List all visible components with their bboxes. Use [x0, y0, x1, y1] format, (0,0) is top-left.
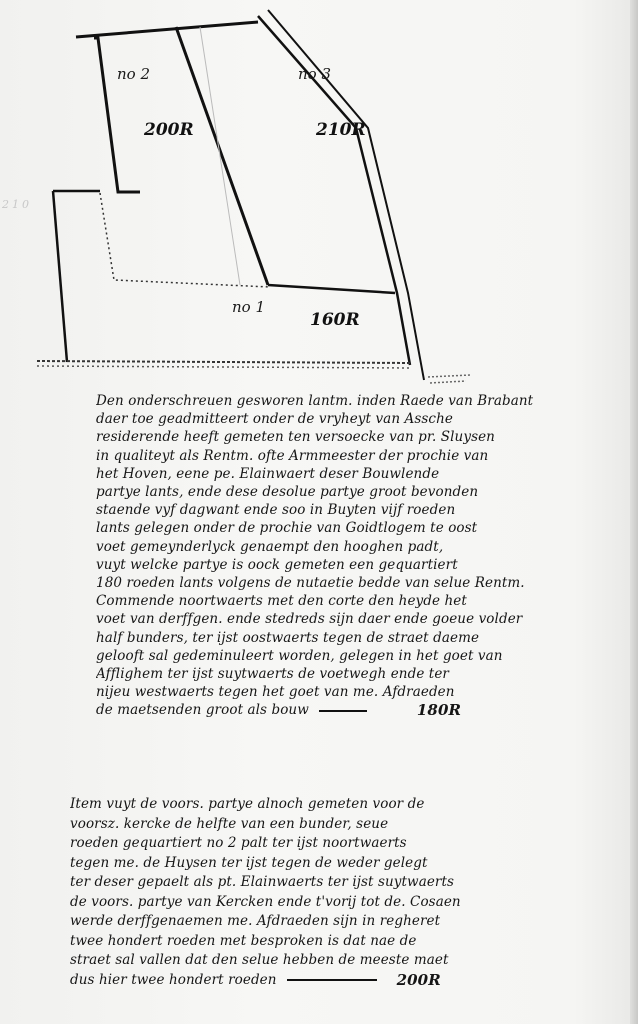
text-line: tegen me. de Huysen ter ijst tegen de we… [70, 854, 630, 874]
text-line: voorsz. kercke de helfte van een bunder,… [70, 815, 630, 835]
text-line: het Hoven, eene pe. Elainwaert deser Bou… [96, 465, 616, 483]
text-line: de voors. partye van Kercken ende t'vori… [70, 893, 630, 913]
parcel-1-area: 160R [310, 310, 360, 330]
text-line: staende vyf dagwant ende soo in Buyten v… [96, 501, 616, 519]
entry-2-total-line: dus hier twee hondert roeden 200R [70, 971, 630, 991]
text-line: straet sal vallen dat den selue hebben d… [70, 951, 630, 971]
text-line: daer toe geadmitteert onder de vryheyt v… [96, 410, 616, 428]
text-line: twee hondert roeden met besproken is dat… [70, 932, 630, 952]
text-line: half bunders, ter ijst oostwaerts tegen … [96, 629, 616, 647]
separator-dash [319, 710, 367, 712]
parcel-3-number: no 3 [298, 65, 331, 83]
text-line: Afflighem ter ijst suytwaerts de voetweg… [96, 665, 616, 683]
text-line: werde derffgenaemen me. Afdraeden sijn i… [70, 912, 630, 932]
text-line: nijeu westwaerts tegen het goet van me. … [96, 683, 616, 701]
text-line: lants gelegen onder de prochie van Goidt… [96, 519, 616, 537]
text-line: voet van derffgen. ende stedreds sijn da… [96, 610, 616, 628]
survey-entry-1: Den onderschreuen gesworen lantm. inden … [96, 392, 616, 720]
entry-1-total-line: de maetsenden groot als bouw 180R [96, 701, 616, 719]
parcel-1-number: no 1 [232, 298, 265, 316]
parcel-2-number: no 2 [117, 65, 150, 83]
text-line: Item vuyt de voors. partye alnoch gemete… [70, 795, 630, 815]
entry-2-total: 200R [397, 971, 441, 991]
text-line: de maetsenden groot als bouw [96, 701, 309, 719]
parcel-3-area: 210R [316, 120, 366, 140]
text-line: roeden gequartiert no 2 palt ter ijst no… [70, 834, 630, 854]
survey-entry-2: Item vuyt de voors. partye alnoch gemete… [70, 795, 630, 990]
document-page: 210 no 2 200R no 3 210R no 1 160R Den on… [0, 0, 638, 1024]
text-line: residerende heeft gemeten ten versoecke … [96, 428, 616, 446]
text-line: 180 roeden lants volgens de nutaetie bed… [96, 574, 616, 592]
text-line: gelooft sal gedeminuleert worden, gelege… [96, 647, 616, 665]
text-line: Commende noortwaerts met den corte den h… [96, 592, 616, 610]
entry-1-total: 180R [417, 701, 461, 719]
text-line: voet gemeynderlyck genaempt den hooghen … [96, 538, 616, 556]
text-line: in qualiteyt als Rentm. ofte Armmeester … [96, 447, 616, 465]
separator-dash [287, 979, 377, 981]
text-line: ter deser gepaelt als pt. Elainwaerts te… [70, 873, 630, 893]
text-line: Den onderschreuen gesworen lantm. inden … [96, 392, 616, 410]
survey-map [0, 0, 638, 400]
text-line: vuyt welcke partye is oock gemeten een g… [96, 556, 616, 574]
parcel-2-area: 200R [144, 120, 194, 140]
text-line: partye lants, ende dese desolue partye g… [96, 483, 616, 501]
text-line: dus hier twee hondert roeden [70, 971, 277, 991]
